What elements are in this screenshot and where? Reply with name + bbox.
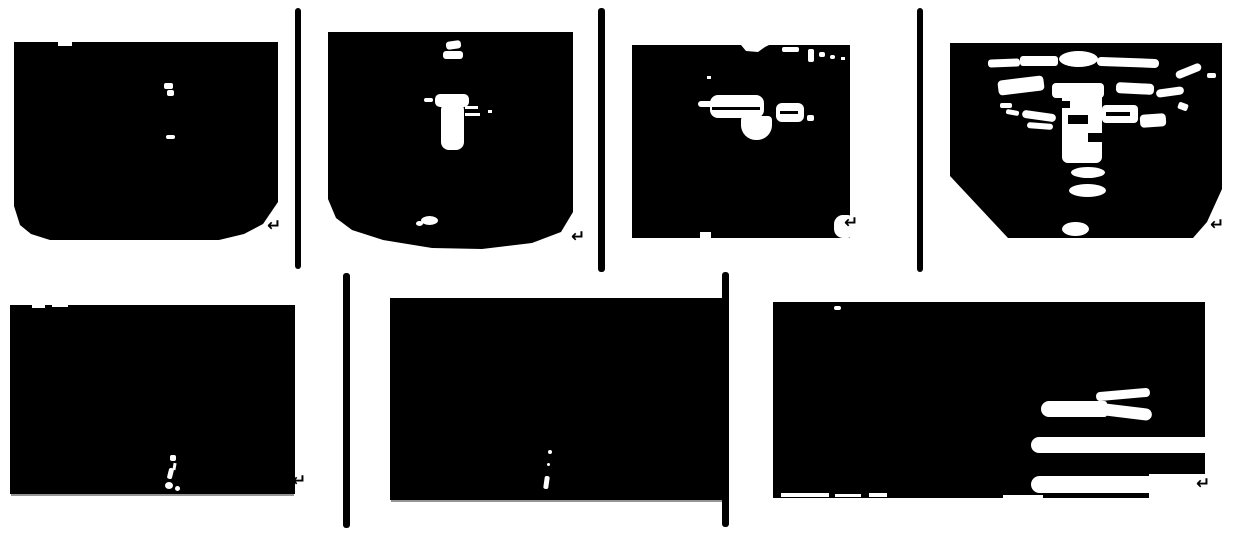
echo-speckle [488,110,492,113]
bright-band [1031,437,1205,453]
edge-notch [835,494,861,497]
edge-notch [700,232,711,238]
echo-speckle [1000,103,1012,108]
echo-speckle [416,221,423,226]
echo-band [988,58,1020,67]
ultrasound-image-7 [773,302,1205,498]
bright-band [1099,403,1152,421]
echo-shadow-line [1062,101,1070,108]
echo-streak [465,106,478,109]
return-mark-icon: ↵ [1210,217,1224,234]
bright-band [1096,388,1151,402]
echo-speckle [170,455,176,461]
edge-notch [869,493,887,497]
echo-shadow-line [712,107,760,110]
echo-speckle [1177,102,1189,112]
echo-speckle [164,83,173,89]
echo-highlight [782,47,799,52]
edge-notch [58,42,72,46]
echo-oval [1069,184,1106,197]
echo-speckle [548,450,552,454]
echo-speckle [834,306,841,310]
echo-shadow-line [780,111,798,114]
echo-band [997,75,1044,95]
echo-oval [1062,222,1089,236]
echo-highlight [808,49,814,62]
echo-speckle [707,76,711,79]
echo-shadow-line [1068,115,1088,124]
column-divider [343,273,350,528]
echo-band [1022,110,1057,123]
ultrasound-image-2 [328,32,573,249]
column-divider [295,8,301,269]
edge-notch [52,305,68,307]
edge-notch [1003,495,1043,498]
echo-speckle [424,98,433,102]
return-mark-icon: ↵ [267,218,281,235]
column-divider [917,8,923,272]
echo-band [1097,57,1159,68]
echo-band [1116,82,1155,95]
echo-speckle [175,486,180,491]
echo-highlight [443,51,463,59]
echo-oval [1071,167,1105,178]
edge-notch [781,493,829,497]
echo-speckle [547,463,550,466]
echo-highlight [421,216,438,225]
echo-highlight [446,40,462,50]
echo-band [1027,122,1053,130]
echo-oval [1059,51,1098,67]
ultrasound-image-6 [390,298,723,500]
echo-speckle [830,55,835,59]
echo-speckle [1207,73,1216,78]
echo-streak [465,113,480,116]
echo-mass [741,116,772,140]
column-divider [598,8,605,272]
echo-speckle [841,57,845,60]
echo-shadow-line [1106,112,1130,116]
return-mark-icon: ↵ [1196,476,1210,493]
echo-mass [441,102,464,150]
echo-shadow-line [1088,133,1102,142]
ultrasound-image-4 [950,43,1222,238]
echo-speckle [819,52,825,57]
echo-speckle [166,135,175,139]
echo-band [1020,56,1058,66]
return-mark-icon: ↵ [571,229,585,246]
return-mark-icon: ↵ [292,473,306,490]
echo-speckle [167,90,174,96]
echo-speckle [1006,109,1020,116]
echo-speckle [807,115,814,121]
ultrasound-image-1 [14,42,278,241]
column-divider [722,272,729,527]
echo-speckle [543,476,550,490]
figure-canvas: ↵ ↵ ↵ ↵ ↵ ↵ [0,0,1240,537]
echo-speckle [167,468,175,480]
echo-band [1140,113,1167,128]
echo-speckle [165,482,173,489]
return-mark-icon: ↵ [844,215,858,232]
ultrasound-image-3 [632,45,850,238]
echo-band [1156,86,1185,98]
bright-band [1041,401,1107,417]
ultrasound-image-5 [10,305,295,494]
echo-band [1174,62,1202,80]
edge-notch [32,305,45,308]
